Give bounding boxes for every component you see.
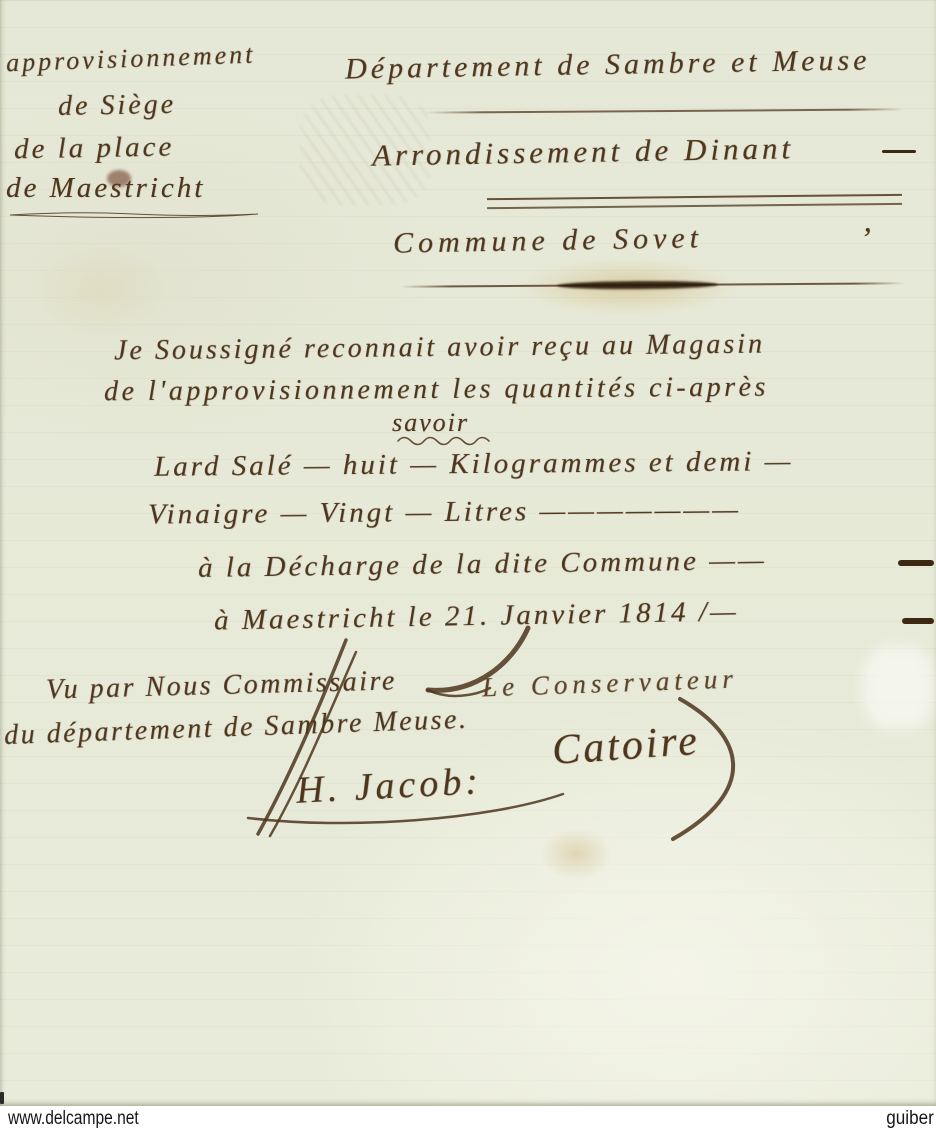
arrondissement-rule bbox=[487, 194, 902, 209]
item-line-vinaigre: Vinaigre — Vingt — Litres ——————— bbox=[148, 493, 741, 531]
arrondissement-dash bbox=[882, 150, 916, 153]
margin-note-line-3: de la place bbox=[14, 131, 175, 167]
department-rule bbox=[425, 108, 905, 113]
discharge-end-dash bbox=[898, 560, 934, 566]
discharge-line: à la Décharge de la dite Commune —— bbox=[198, 544, 767, 585]
margin-underline-stroke bbox=[8, 210, 260, 220]
watermark-guiber: guiber bbox=[886, 1108, 934, 1130]
vu-par-line-2: du département de Sambre Meuse. bbox=[4, 704, 469, 752]
arrondissement-title: Arrondissement de Dinant bbox=[372, 130, 795, 173]
scan-edge-mark bbox=[0, 1092, 4, 1104]
commune-rule bbox=[400, 278, 905, 292]
margin-note-line-2: de Siège bbox=[58, 89, 177, 123]
watermark-strip: www.delcampe.net guiber bbox=[0, 1106, 936, 1131]
commune-rule-ink-blob bbox=[557, 281, 719, 290]
jacob-underline-flourish bbox=[238, 788, 573, 833]
document-paper: approvisionnement de Siège de la place d… bbox=[0, 0, 936, 1106]
paper-tear-highlight bbox=[862, 645, 934, 730]
savoir-squiggle bbox=[396, 434, 500, 446]
item-line-lard: Lard Salé — huit — Kilogrammes et demi — bbox=[154, 445, 794, 484]
body-line-2: de l'approvisionnement les quantités ci-… bbox=[104, 372, 769, 409]
signature-paren-flourish bbox=[655, 695, 770, 845]
body-line-1: Je Soussigné reconnait avoir reçu au Mag… bbox=[114, 329, 765, 368]
commune-tick-mark: ʼ bbox=[860, 220, 871, 257]
margin-note-line-4: de Maestricht bbox=[6, 172, 205, 205]
stain-margin bbox=[30, 240, 170, 340]
margin-note-line-1: approvisionnement bbox=[6, 40, 256, 79]
date-end-dash bbox=[902, 618, 934, 624]
watermark-delcampe: www.delcampe.net bbox=[8, 1108, 139, 1130]
stain-lower bbox=[540, 828, 612, 880]
department-title: Département de Sambre et Meuse bbox=[345, 43, 871, 86]
commune-title: Commune de Sovet bbox=[393, 221, 703, 260]
